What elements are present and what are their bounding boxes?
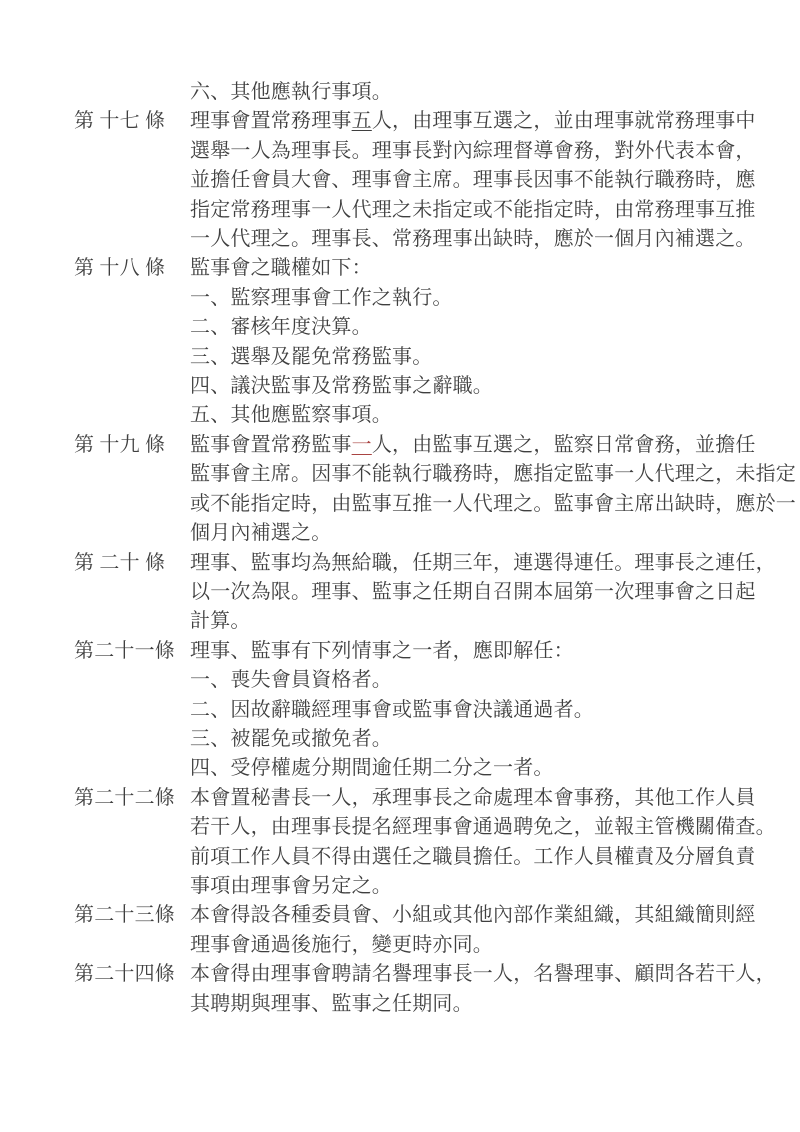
document-line: 本會得由理事會聘請名譽理事長一人，名譽理事、顧問各若干人， [190,960,770,989]
document-line: 其聘期與理事、監事之任期同。 [190,990,770,1019]
article-row: 第 二十 條理事、監事均為無給職，任期三年，連選得連任。理事長之連任，以一次為限… [74,549,770,637]
document-line: 二、因故辭職經理事會或監事會決議通過者。 [190,696,770,725]
text-segment: 理事會置常務理事 [190,110,352,132]
document-line: 一、喪失會員資格者。 [190,666,770,695]
article-row: 第二十二條本會置秘書長一人，承理事長之命處理本會事務，其他工作人員若干人，由理事… [74,784,770,902]
document-line: 並擔任會員大會、理事會主席。理事長因事不能執行職務時，應 [190,166,770,195]
article-content: 理事會置常務理事五人，由理事互選之，並由理事就常務理事中選舉一人為理事長。理事長… [190,107,770,254]
article-number-label: 第二十一條 [74,637,190,666]
document-line: 若干人，由理事長提名經理事會通過聘免之，並報主管機關備查。 [190,813,770,842]
article-number-label: 第二十二條 [74,784,190,813]
article-row: 六、其他應執行事項。 [74,78,770,107]
article-row: 第 十七 條理事會置常務理事五人，由理事互選之，並由理事就常務理事中選舉一人為理… [74,107,770,254]
article-number-label: 第 二十 條 [74,549,190,578]
document-line: 一人代理之。理事長、常務理事出缺時，應於一個月內補選之。 [190,225,770,254]
document-line: 三、被罷免或撤免者。 [190,725,770,754]
document-body: 六、其他應執行事項。第 十七 條理事會置常務理事五人，由理事互選之，並由理事就常… [0,0,800,1019]
document-line: 五、其他應監察事項。 [190,401,770,430]
article-content: 本會得由理事會聘請名譽理事長一人，名譽理事、顧問各若干人，其聘期與理事、監事之任… [190,960,770,1019]
document-line: 個月內補選之。 [190,519,770,548]
article-content: 六、其他應執行事項。 [190,78,770,107]
article-row: 第 十八 條監事會之職權如下：一、監察理事會工作之執行。二、審核年度決算。三、選… [74,254,770,430]
document-line: 監事會置常務監事一人，由監事互選之，監察日常會務，並擔任 [190,431,770,460]
revision-red-text: 一 [352,434,372,456]
article-number-label: 第 十七 條 [74,107,190,136]
document-line: 三、選舉及罷免常務監事。 [190,343,770,372]
document-line: 或不能指定時，由監事互推一人代理之。監事會主席出缺時，應於一 [190,490,770,519]
document-line: 四、議決監事及常務監事之辭職。 [190,372,770,401]
document-line: 以一次為限。理事、監事之任期自召開本屆第一次理事會之日起 [190,578,770,607]
document-line: 本會置秘書長一人，承理事長之命處理本會事務，其他工作人員 [190,784,770,813]
article-content: 理事、監事有下列情事之一者，應即解任：一、喪失會員資格者。二、因故辭職經理事會或… [190,637,770,784]
document-line: 監事會之職權如下： [190,254,770,283]
article-content: 監事會置常務監事一人，由監事互選之，監察日常會務，並擔任監事會主席。因事不能執行… [190,431,770,549]
document-line: 一、監察理事會工作之執行。 [190,284,770,313]
document-line: 六、其他應執行事項。 [190,78,770,107]
article-number-label: 第 十九 條 [74,431,190,460]
article-row: 第二十一條理事、監事有下列情事之一者，應即解任：一、喪失會員資格者。二、因故辭職… [74,637,770,784]
document-line: 理事會通過後施行，變更時亦同。 [190,931,770,960]
article-content: 本會得設各種委員會、小組或其他內部作業組織，其組織簡則經理事會通過後施行，變更時… [190,901,770,960]
document-line: 選舉一人為理事長。理事長對內綜理督導會務，對外代表本會， [190,137,770,166]
document-page: 六、其他應執行事項。第 十七 條理事會置常務理事五人，由理事互選之，並由理事就常… [0,0,800,1132]
document-line: 四、受停權處分期間逾任期二分之一者。 [190,754,770,783]
text-segment: 人，由理事互選之，並由理事就常務理事中 [372,110,756,132]
article-row: 第 十九 條監事會置常務監事一人，由監事互選之，監察日常會務，並擔任監事會主席。… [74,431,770,549]
article-number-label: 第 十八 條 [74,254,190,283]
document-line: 監事會主席。因事不能執行職務時，應指定監事一人代理之，未指定 [190,460,770,489]
document-line: 前項工作人員不得由選任之職員擔任。工作人員權責及分層負責 [190,843,770,872]
article-row: 第二十三條本會得設各種委員會、小組或其他內部作業組織，其組織簡則經理事會通過後施… [74,901,770,960]
article-number-label: 第二十四條 [74,960,190,989]
document-line: 指定常務理事一人代理之未指定或不能指定時，由常務理事互推 [190,196,770,225]
article-number-label: 第二十三條 [74,901,190,930]
article-content: 監事會之職權如下：一、監察理事會工作之執行。二、審核年度決算。三、選舉及罷免常務… [190,254,770,430]
article-row: 第二十四條本會得由理事會聘請名譽理事長一人，名譽理事、顧問各若干人，其聘期與理事… [74,960,770,1019]
document-line: 本會得設各種委員會、小組或其他內部作業組織，其組織簡則經 [190,901,770,930]
revision-underlined-text: 五 [352,110,372,132]
document-line: 事項由理事會另定之。 [190,872,770,901]
document-line: 計算。 [190,607,770,636]
article-content: 理事、監事均為無給職，任期三年，連選得連任。理事長之連任，以一次為限。理事、監事… [190,549,770,637]
text-segment: 監事會置常務監事 [190,434,352,456]
document-line: 二、審核年度決算。 [190,313,770,342]
document-line: 理事會置常務理事五人，由理事互選之，並由理事就常務理事中 [190,107,770,136]
document-line: 理事、監事均為無給職，任期三年，連選得連任。理事長之連任， [190,549,770,578]
article-content: 本會置秘書長一人，承理事長之命處理本會事務，其他工作人員若干人，由理事長提名經理… [190,784,770,902]
document-line: 理事、監事有下列情事之一者，應即解任： [190,637,770,666]
text-segment: 人，由監事互選之，監察日常會務，並擔任 [372,434,756,456]
